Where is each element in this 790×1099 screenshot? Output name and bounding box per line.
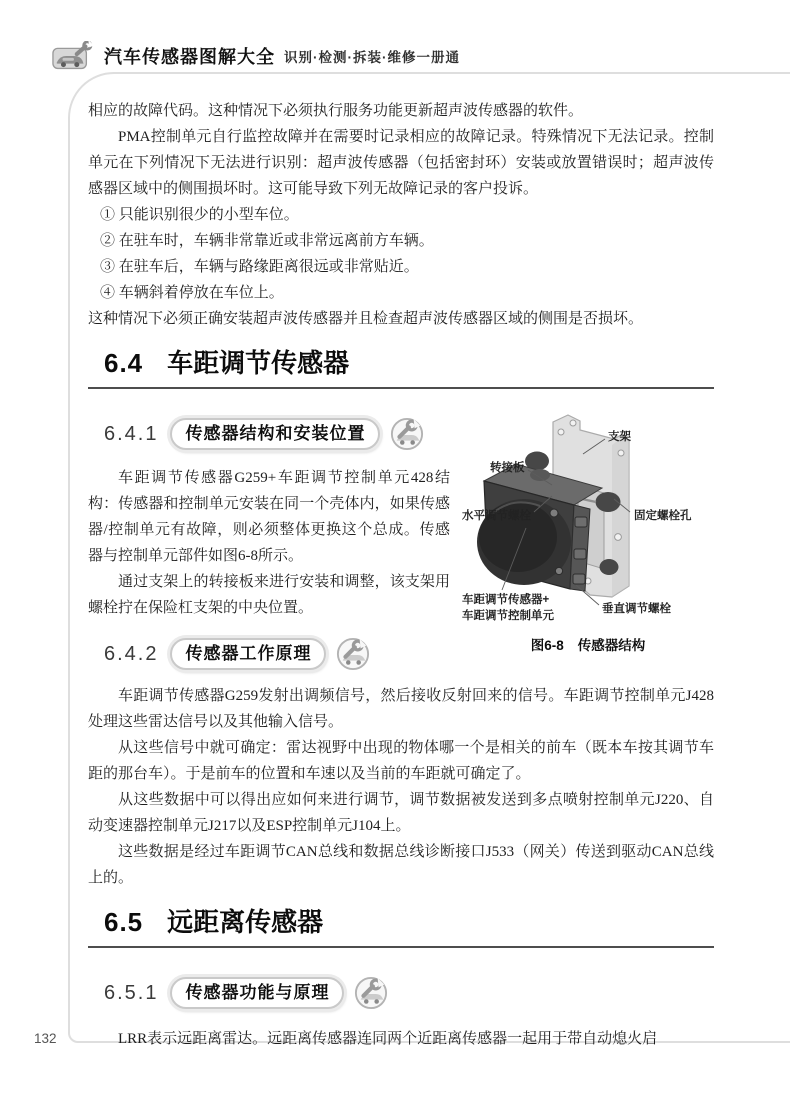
sensor-structure-illustration: 支架 转接板 水平调节螺栓 固定螺栓孔 车距调节传感器+ 车距调节控制单元 垂直… <box>462 409 714 629</box>
paragraph-intro-1: 相应的故障代码。这种情况下必须执行服务功能更新超声波传感器的软件。 <box>88 98 714 124</box>
numbered-list: ① 只能识别很少的小型车位。 ② 在驻车时，车辆非常靠近或非常远离前方车辆。 ③… <box>88 202 714 306</box>
page-content: 相应的故障代码。这种情况下必须执行服务功能更新超声波传感器的软件。 PMA控制单… <box>88 98 714 1052</box>
figure-label-sensor-line2: 车距调节控制单元 <box>462 608 554 622</box>
paragraph-651-1: LRR表示远距离雷达。远距离传感器连同两个近距离传感器一起用于带自动熄火启 <box>88 1026 714 1052</box>
section-heading-6-4: 6.4车距调节传感器 <box>88 348 714 389</box>
numbered-list-item: ② 在驻车时，车辆非常靠近或非常远离前方车辆。 <box>88 228 714 254</box>
figure-6-8: 支架 转接板 水平调节螺栓 固定螺栓孔 车距调节传感器+ 车距调节控制单元 垂直… <box>462 409 714 659</box>
subsection-number: 6.4.1 <box>104 421 158 447</box>
figure-label-sensor-line1: 车距调节传感器+ <box>462 592 549 606</box>
book-title: 汽车传感器图解大全 <box>104 43 275 69</box>
section-6-4-2: 车距调节传感器G259发射出调频信号，然后接收反射回来的信号。车距调节控制单元J… <box>88 683 714 891</box>
figure-label-bracket: 支架 <box>608 429 631 443</box>
subsection-heading-6-5-1: 6.5.1 传感器功能与原理 <box>88 974 714 1012</box>
subsection-heading-6-4-1: 6.4.1 传感器结构和安装位置 <box>88 415 450 453</box>
figure-caption: 图6-8传感器结构 <box>462 633 714 659</box>
figure-label-fixing-hole: 固定螺栓孔 <box>634 508 692 522</box>
wrench-icon <box>336 637 370 671</box>
section-heading-6-5: 6.5远距离传感器 <box>88 907 714 948</box>
grommet-shape <box>600 559 619 575</box>
subsection-title-badge: 传感器工作原理 <box>170 638 326 670</box>
section-number: 6.4 <box>104 348 143 378</box>
page-header: 汽车传感器图解大全 识别·检测·拆装·维修一册通 <box>52 40 460 72</box>
paragraph-642-4: 这些数据是经过车距调节CAN总线和数据总线诊断接口J533（网关）传送到驱动CA… <box>88 839 714 891</box>
subsection-number: 6.5.1 <box>104 980 158 1006</box>
figure-caption-label: 图6-8 <box>531 638 564 653</box>
figure-label-vertical-bolt: 垂直调节螺栓 <box>602 601 671 615</box>
book-subtitle: 识别·检测·拆装·维修一册通 <box>284 46 460 66</box>
section-title: 远距离传感器 <box>167 907 323 937</box>
wrench-icon <box>354 976 388 1010</box>
section-title: 车距调节传感器 <box>167 348 349 378</box>
paragraph-642-3: 从这些数据中可以得出应如何来进行调节，调节数据被发送到多点喷射控制单元J220、… <box>88 787 714 839</box>
paragraph-intro-2: PMA控制单元自行监控故障并在需要时记录相应的故障记录。特殊情况下无法记录。控制… <box>88 124 714 202</box>
wrench-icon <box>390 417 424 451</box>
figure-label-horizontal-bolt: 水平调节螺栓 <box>462 508 531 522</box>
subsection-title-badge: 传感器结构和安装位置 <box>170 418 380 450</box>
car-wrench-logo-icon <box>52 41 94 71</box>
paragraph-intro-3: 这种情况下必须正确安装超声波传感器并且检查超声波传感器区域的侧围是否损坏。 <box>88 306 714 332</box>
numbered-list-item: ③ 在驻车后，车辆与路缘距离很远或非常贴近。 <box>88 254 714 280</box>
grommet-shape <box>596 492 621 512</box>
book-page: 汽车传感器图解大全 识别·检测·拆装·维修一册通 相应的故障代码。这种情况下必须… <box>0 0 790 1099</box>
numbered-list-item: ① 只能识别很少的小型车位。 <box>88 202 714 228</box>
numbered-list-item: ④ 车辆斜着停放在车位上。 <box>88 280 714 306</box>
page-number: 132 <box>34 1031 57 1046</box>
section-6-5-1: 6.5.1 传感器功能与原理 LRR表示远距离雷达。远距离传感器连同两个近距离传… <box>88 974 714 1052</box>
figure-caption-title: 传感器结构 <box>578 638 646 653</box>
subsection-number: 6.4.2 <box>104 641 158 667</box>
paragraph-642-2: 从这些信号中就可确定：雷达视野中出现的物体哪一个是相关的前车（既本车按其调节车距… <box>88 735 714 787</box>
section-6-4-1: 支架 转接板 水平调节螺栓 固定螺栓孔 车距调节传感器+ 车距调节控制单元 垂直… <box>88 415 714 673</box>
paragraph-642-1: 车距调节传感器G259发射出调频信号，然后接收反射回来的信号。车距调节控制单元J… <box>88 683 714 735</box>
figure-label-adapter: 转接板 <box>490 460 525 474</box>
subsection-heading-6-4-2: 6.4.2 传感器工作原理 <box>88 635 450 673</box>
subsection-title-badge: 传感器功能与原理 <box>170 977 344 1009</box>
section-number: 6.5 <box>104 907 143 937</box>
